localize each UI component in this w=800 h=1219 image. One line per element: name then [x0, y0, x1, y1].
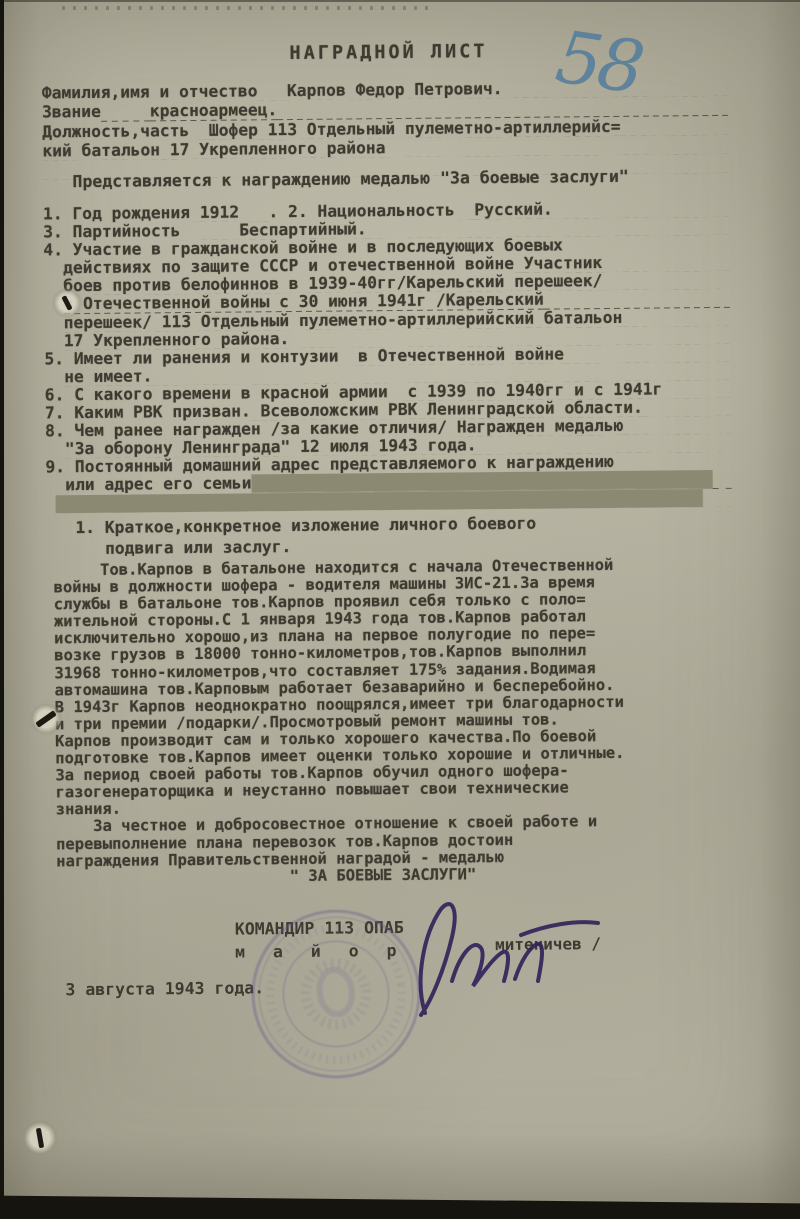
leader-dashes: [388, 382, 408, 403]
filled-value: 1912: [200, 203, 239, 224]
leader-dashes: [455, 200, 475, 221]
filled-value: красноармеец.: [150, 100, 278, 122]
numbered-items: 1. Год рождения 1912 . 2. Национальность…: [43, 198, 786, 513]
leader-dashes: [257, 81, 287, 102]
typed-text: [46, 494, 56, 513]
typed-text: 1. Краткое,конкретное изложение личного …: [46, 514, 536, 538]
leader-dashes: [251, 401, 261, 422]
typed-text: Должность,часть: [42, 121, 189, 141]
scanned-award-sheet: НАГРАДНОЙ ЛИСТ 58 Фамилия,имя и отчество…: [0, 0, 800, 1219]
typed-text: . 2. Национальность: [268, 200, 454, 221]
typed-text: подвига или заслуг.: [46, 537, 291, 558]
leader-dashes: [239, 202, 269, 223]
typed-text: 1. Год рождения: [43, 203, 190, 223]
filled-value: не имеет.: [64, 366, 152, 386]
signature-ink-icon: [395, 893, 613, 1031]
hole-punch: [52, 288, 82, 318]
leader-dashes: [180, 221, 239, 242]
leader-dashes: [447, 418, 457, 439]
form-header-lines: Фамилия,имя и отчество Карпов Федор Петр…: [42, 76, 783, 180]
section-heading: 1. Краткое,конкретное изложение личного …: [46, 511, 786, 559]
leader-dashes: [338, 346, 358, 367]
typed-text: Фамилия,имя и отчество: [42, 81, 258, 102]
leader-dashes: [712, 470, 732, 491]
leader-dashes: [190, 203, 200, 224]
date-line: 3 августа 1943 года.: [65, 978, 264, 999]
typed-text: знания.: [56, 800, 121, 819]
citation-body: Тов.Карпов в батальоне находится с начал…: [53, 555, 796, 887]
scan-edge-left: [0, 0, 4, 1219]
leader-dashes: [101, 102, 150, 122]
filled-value: 17 Укрепленного района.: [64, 329, 290, 350]
typed-text: Звание: [42, 102, 101, 122]
typed-text: [44, 367, 64, 386]
document-title: НАГРАДНОЙ ЛИСТ: [0, 38, 781, 67]
typed-text: 3. Партийность: [43, 221, 180, 241]
hole-punch: [22, 1120, 58, 1156]
leader-dashes: [702, 488, 732, 509]
hole-punch: [30, 703, 62, 735]
typed-text: 7. Каким РВК призван.: [45, 401, 251, 422]
typed-text: [45, 439, 65, 458]
typed-text: или адрес его семьи: [46, 474, 252, 495]
typed-text: [44, 331, 64, 350]
leader-dashes: [514, 254, 524, 275]
leader-dashes: [189, 120, 209, 141]
